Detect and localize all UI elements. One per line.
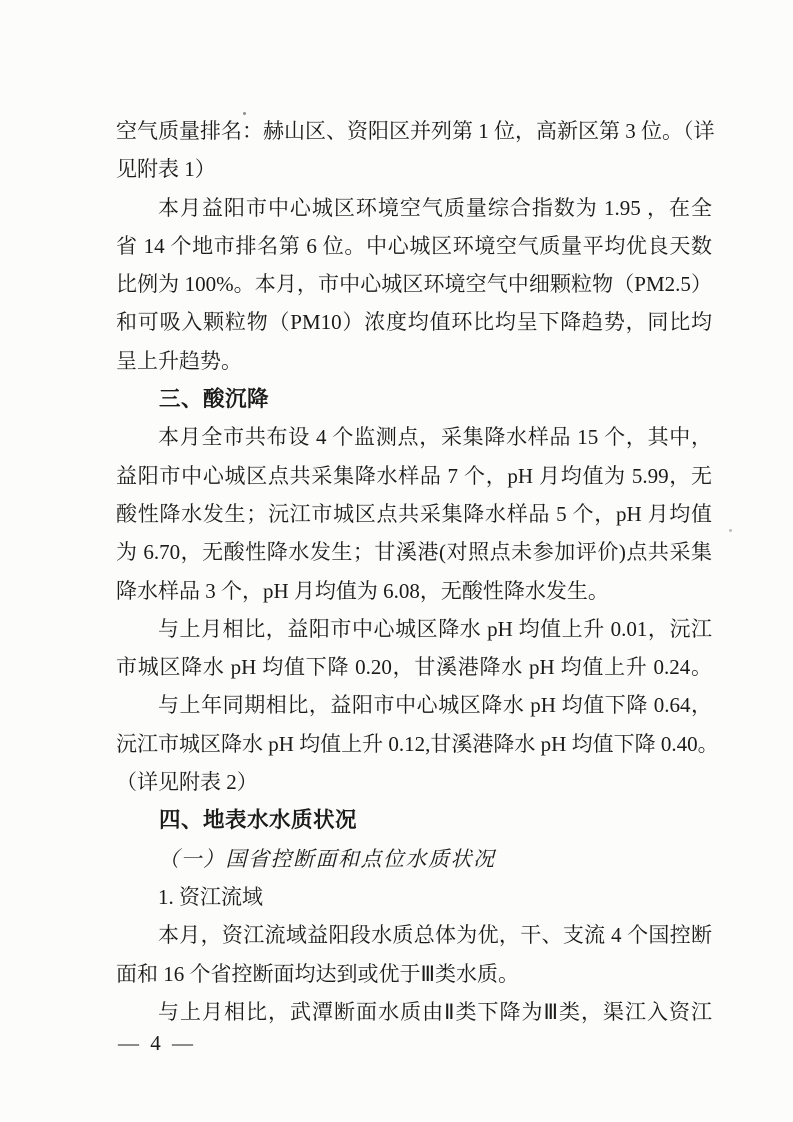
text-line: 沅江市城区降水 pH 均值上升 0.12,甘溪港降水 pH 均值下降 0.40。	[116, 725, 712, 763]
text-line: 与上月相比，益阳市中心城区降水 pH 均值上升 0.01，沅江	[116, 610, 712, 648]
subheading-national-provincial-sections: （一）国省控断面和点位水质状况	[116, 840, 712, 878]
text-line: 益阳市中心城区点共采集降水样品 7 个，pH 月均值为 5.99，无	[116, 457, 712, 495]
text-line: 本月全市共布设 4 个监测点，采集降水样品 15 个，其中，	[116, 418, 712, 456]
text-line: 与上年同期相比，益阳市中心城区降水 pH 均值下降 0.64，	[116, 686, 712, 724]
text-line: 市城区降水 pH 均值下降 0.20，甘溪港降水 pH 均值上升 0.24。	[116, 648, 712, 686]
scan-artifact-speck	[243, 112, 246, 115]
text-line: 空气质量排名：赫山区、资阳区并列第 1 位，高新区第 3 位。（详	[116, 112, 712, 150]
item-heading-zijiang-basin: 1. 资江流域	[116, 878, 712, 916]
heading-acid-deposition: 三、酸沉降	[116, 380, 712, 418]
text-line: 比例为 100%。本月，市中心城区环境空气中细颗粒物（PM2.5）	[116, 265, 712, 303]
page-number: — 4 —	[118, 1027, 196, 1059]
text-line: （详见附表 2）	[116, 763, 712, 801]
text-line: 降水样品 3 个，pH 月均值为 6.08，无酸性降水发生。	[116, 572, 712, 610]
text-line: 见附表 1）	[116, 150, 712, 188]
heading-surface-water-quality: 四、地表水水质状况	[116, 801, 712, 839]
text-line: 为 6.70，无酸性降水发生；甘溪港(对照点未参加评价)点共采集	[116, 533, 712, 571]
text-line: 本月，资江流域益阳段水质总体为优，干、支流 4 个国控断	[116, 916, 712, 954]
scan-artifact-speck	[729, 529, 732, 532]
text-line: 省 14 个地市排名第 6 位。中心城区环境空气质量平均优良天数	[116, 227, 712, 265]
text-line: 与上月相比，武潭断面水质由Ⅱ类下降为Ⅲ类，渠江入资江	[116, 993, 712, 1031]
text-line: 面和 16 个省控断面均达到或优于Ⅲ类水质。	[116, 955, 712, 993]
text-line: 和可吸入颗粒物（PM10）浓度均值环比均呈下降趋势，同比均	[116, 303, 712, 341]
text-line: 酸性降水发生；沅江市城区点共采集降水样品 5 个，pH 月均值	[116, 495, 712, 533]
page-body-text: 空气质量排名：赫山区、资阳区并列第 1 位，高新区第 3 位。（详 见附表 1）…	[116, 112, 712, 1031]
text-line: 呈上升趋势。	[116, 342, 712, 380]
text-line: 本月益阳市中心城区环境空气质量综合指数为 1.95 ，在全	[116, 189, 712, 227]
scanned-document-page: 空气质量排名：赫山区、资阳区并列第 1 位，高新区第 3 位。（详 见附表 1）…	[0, 0, 793, 1122]
